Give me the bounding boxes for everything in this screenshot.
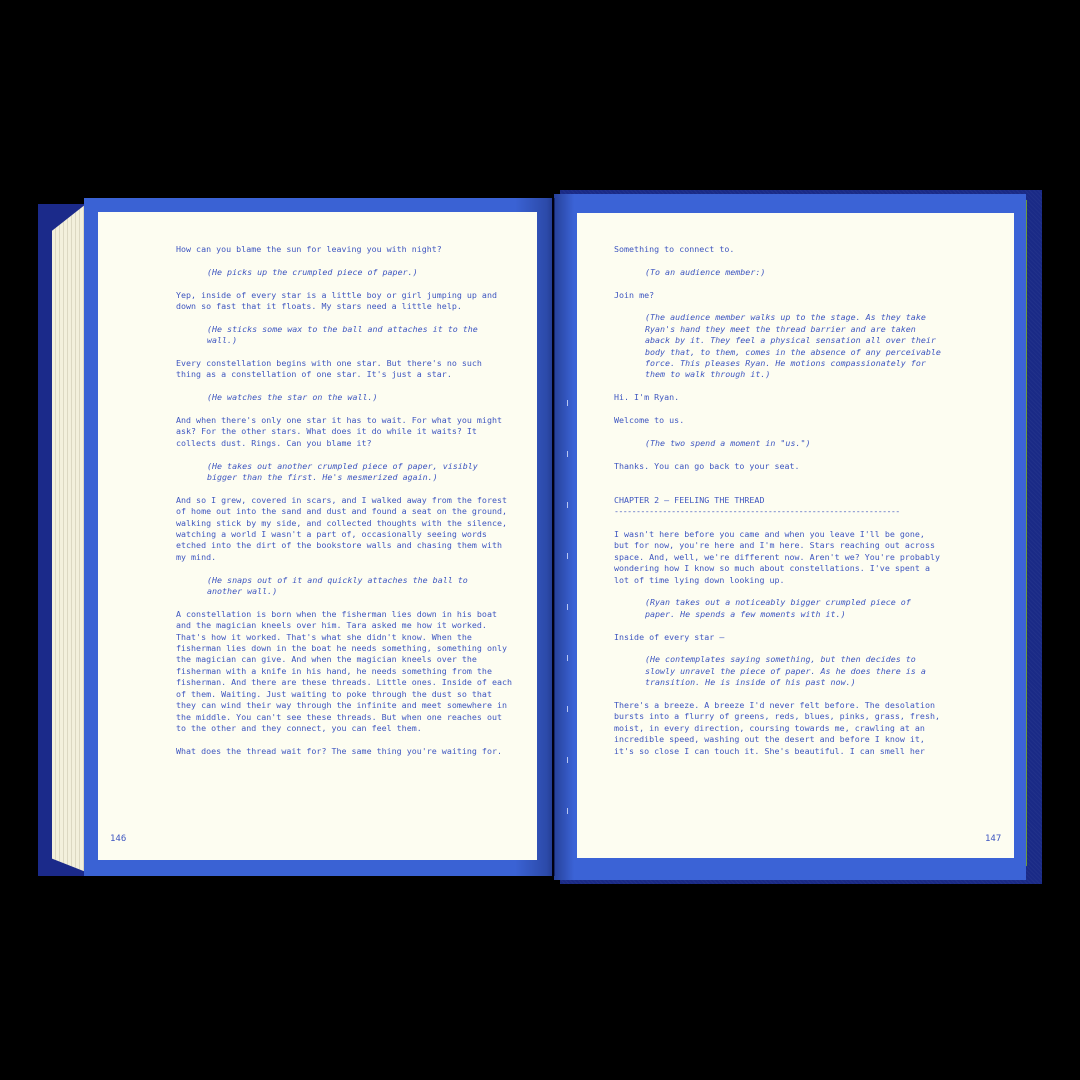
dialogue-paragraph: How can you blame the sun for leaving yo… — [176, 244, 512, 255]
binding-stitch — [567, 757, 568, 763]
left-page-text: How can you blame the sun for leaving yo… — [176, 244, 512, 769]
stage-direction: (To an audience member:) — [614, 267, 941, 278]
dialogue-paragraph: Every constellation begins with one star… — [176, 358, 512, 381]
dialogue-paragraph: Something to connect to. — [614, 244, 941, 255]
page-stack-edges — [52, 204, 86, 872]
stage-direction: (He picks up the crumpled piece of paper… — [176, 267, 512, 278]
dialogue-paragraph: Thanks. You can go back to your seat. — [614, 461, 941, 472]
right-page-text: Something to connect to.(To an audience … — [614, 244, 941, 768]
page-number-right: 147 — [985, 834, 1001, 844]
dialogue-paragraph: Welcome to us. — [614, 415, 941, 426]
dialogue-paragraph: There's a breeze. A breeze I'd never fel… — [614, 700, 941, 757]
spacer — [614, 483, 941, 494]
dialogue-paragraph: And so I grew, covered in scars, and I w… — [176, 495, 512, 563]
binding-stitch — [567, 451, 568, 457]
dialogue-paragraph: I wasn't here before you came and when y… — [614, 529, 941, 586]
binding-stitch — [567, 655, 568, 661]
chapter-rule: ----------------------------------------… — [614, 506, 941, 517]
stage-direction: (The two spend a moment in "us.") — [614, 438, 941, 449]
dialogue-paragraph: Join me? — [614, 290, 941, 301]
stage-direction: (He watches the star on the wall.) — [176, 392, 512, 403]
dialogue-paragraph: Yep, inside of every star is a little bo… — [176, 290, 512, 313]
dialogue-paragraph: Inside of every star – — [614, 632, 941, 643]
dialogue-paragraph: Hi. I'm Ryan. — [614, 392, 941, 403]
binding-stitch — [567, 502, 568, 508]
binding-stitch — [567, 553, 568, 559]
stage-direction: (Ryan takes out a noticeably bigger crum… — [614, 597, 941, 620]
stage-direction: (He contemplates saying something, but t… — [614, 654, 941, 688]
page-number-left: 146 — [110, 834, 126, 844]
binding-stitch — [567, 400, 568, 406]
dialogue-paragraph: And when there's only one star it has to… — [176, 415, 512, 449]
chapter-heading: CHAPTER 2 – FEELING THE THREAD — [614, 495, 941, 506]
dialogue-paragraph: What does the thread wait for? The same … — [176, 746, 512, 757]
stage-direction: (He takes out another crumpled piece of … — [176, 461, 512, 484]
stage-direction: (The audience member walks up to the sta… — [614, 312, 941, 380]
binding-stitch — [567, 604, 568, 610]
stage-direction: (He sticks some wax to the ball and atta… — [176, 324, 512, 347]
gutter-shadow-right — [554, 194, 574, 880]
stage-direction: (He snaps out of it and quickly attaches… — [176, 575, 512, 598]
binding-stitch — [567, 808, 568, 814]
dialogue-paragraph: A constellation is born when the fisherm… — [176, 609, 512, 734]
binding-stitch — [567, 706, 568, 712]
